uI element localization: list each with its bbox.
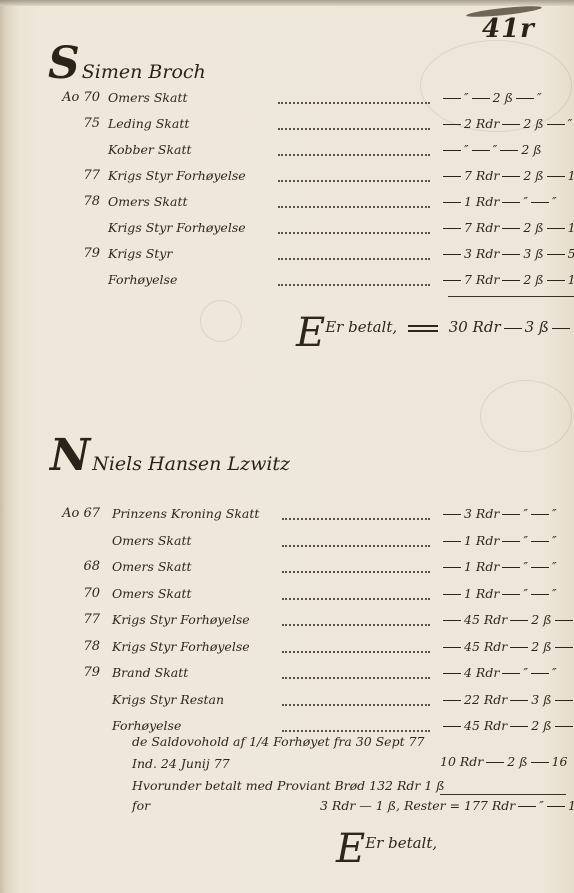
bleed-through-mark bbox=[480, 380, 572, 452]
dotted-leader bbox=[278, 180, 430, 182]
ledger-entry: Omers Skatt1 Rdr″″ bbox=[0, 533, 574, 555]
entry-amount: 3 Rdr″″ bbox=[440, 506, 557, 521]
amount-skilling: ″ bbox=[523, 533, 528, 548]
entry-description: Omers Skatt bbox=[108, 90, 188, 105]
amount-rigsdaler: ″ bbox=[464, 142, 469, 157]
ledger-entry: 77Krigs Styr Forhøyelse7 Rdr2 ß10 bbox=[0, 168, 574, 190]
amount-rigsdaler: 7 Rdr bbox=[464, 220, 499, 235]
ledger-entry: 79Brand Skatt4 Rdr″″ bbox=[0, 665, 574, 687]
entry-amount: 3 Rdr3 ß5 bbox=[440, 246, 574, 261]
entry-amount: 1 Rdr″″ bbox=[440, 586, 557, 601]
entry-amount: 22 Rdr3 ß6 bbox=[440, 692, 574, 707]
amount-skilling: ″ bbox=[523, 506, 528, 521]
amount-rigsdaler: 1 Rdr bbox=[464, 559, 499, 574]
amount-penning: 10 bbox=[568, 220, 574, 235]
amount-penning: ″ bbox=[568, 116, 573, 131]
amount-skilling: 2 ß bbox=[531, 612, 551, 627]
entry-year: 79 bbox=[56, 665, 100, 680]
entry-amount: 45 Rdr2 ß12 bbox=[440, 718, 574, 733]
entry-description: Omers Skatt bbox=[112, 533, 192, 548]
entry-description: Omers Skatt bbox=[112, 586, 192, 601]
entry-year: Ao 70 bbox=[56, 90, 100, 105]
dotted-leader bbox=[278, 154, 430, 156]
amount-penning: 5 bbox=[568, 246, 574, 261]
entry-description: Brand Skatt bbox=[112, 665, 188, 680]
entry-year: Ao 67 bbox=[56, 506, 100, 521]
dotted-leader bbox=[278, 206, 430, 208]
amount-penning: ″ bbox=[552, 665, 557, 680]
amount-penning: 2 ß bbox=[521, 142, 541, 157]
amount-rigsdaler: 45 Rdr bbox=[464, 612, 507, 627]
amount-penning: ″ bbox=[552, 506, 557, 521]
entry-amount: 1 Rdr″″ bbox=[440, 559, 557, 574]
total-line-2: EEr betalt, bbox=[336, 826, 437, 872]
entry-amount: 7 Rdr2 ß10 bbox=[440, 272, 574, 287]
entry-year: 79 bbox=[56, 246, 100, 261]
account-name-2: NNiels Hansen Lzwitz bbox=[50, 430, 290, 481]
entry-description: Omers Skatt bbox=[108, 194, 188, 209]
amount-rigsdaler: 7 Rdr bbox=[464, 168, 499, 183]
entry-amount: ″2 ß″ bbox=[440, 90, 542, 105]
sum-rule bbox=[440, 794, 566, 795]
rest-prefix: 3 Rdr — 1 ß, Rester bbox=[320, 798, 446, 813]
amount-rigsdaler: 7 Rdr bbox=[464, 272, 499, 287]
amount-rigsdaler: 1 Rdr bbox=[464, 533, 499, 548]
note-line-2: Ind. 24 Junij 77 bbox=[132, 756, 230, 771]
amount-rigsdaler: 1 Rdr bbox=[464, 194, 499, 209]
ledger-entry: Ao 70Omers Skatt″2 ß″ bbox=[0, 90, 574, 112]
rest-line: 3 Rdr — 1 ß, Rester = 177 Rdr″10 bbox=[320, 798, 574, 813]
dotted-leader bbox=[282, 518, 430, 520]
amount-rigsdaler: 3 Rdr bbox=[464, 246, 499, 261]
dotted-leader bbox=[282, 730, 430, 732]
entry-description: Krigs Styr Forhøyelse bbox=[112, 612, 250, 627]
ledger-entry: 68Omers Skatt1 Rdr″″ bbox=[0, 559, 574, 581]
ledger-entry: 78Omers Skatt1 Rdr″″ bbox=[0, 194, 574, 216]
dotted-leader bbox=[282, 704, 430, 706]
amount-penning: 10 bbox=[568, 168, 574, 183]
amount-penning: ″ bbox=[552, 559, 557, 574]
entry-amount: 4 Rdr″″ bbox=[440, 665, 557, 680]
amount-skilling: 3 ß bbox=[523, 246, 543, 261]
entry-year: 68 bbox=[56, 559, 100, 574]
amount-rigsdaler: 45 Rdr bbox=[464, 718, 507, 733]
amount-penning: 10 bbox=[568, 272, 574, 287]
entry-description: Krigs Styr Forhøyelse bbox=[108, 220, 246, 235]
ledger-entry: Forhøyelse7 Rdr2 ß10 bbox=[0, 272, 574, 294]
dotted-leader bbox=[282, 624, 430, 626]
amount-skilling: 2 ß bbox=[531, 718, 551, 733]
dotted-leader bbox=[282, 545, 430, 547]
amount-rigsdaler: 1 Rdr bbox=[464, 586, 499, 601]
sum-rule bbox=[448, 296, 574, 297]
amount-skilling: ″ bbox=[523, 194, 528, 209]
amount-skilling: ″ bbox=[493, 142, 498, 157]
amount-skilling: 3 ß bbox=[531, 692, 551, 707]
entry-description: Leding Skatt bbox=[108, 116, 189, 131]
amount-rigsdaler: ″ bbox=[464, 90, 469, 105]
note-sk: 2 ß bbox=[507, 754, 527, 769]
dotted-leader bbox=[278, 128, 430, 130]
amount-rigsdaler: 45 Rdr bbox=[464, 639, 507, 654]
amount-penning: ″ bbox=[552, 194, 557, 209]
dotted-leader bbox=[278, 258, 430, 260]
rest-rd: 177 Rdr bbox=[464, 798, 515, 813]
entry-amount: 45 Rdr2 ß12 bbox=[440, 612, 574, 627]
rest-sk: ″ bbox=[539, 798, 544, 813]
dotted-leader bbox=[278, 284, 430, 286]
account-name-text: Simen Broch bbox=[82, 61, 206, 83]
page-top-shadow bbox=[0, 0, 574, 6]
entry-description: Omers Skatt bbox=[112, 559, 192, 574]
amount-skilling: ″ bbox=[523, 665, 528, 680]
entry-year: 77 bbox=[56, 168, 100, 183]
total-rd: 30 Rdr bbox=[449, 318, 501, 336]
amount-rigsdaler: 2 Rdr bbox=[464, 116, 499, 131]
bleed-through-mark bbox=[200, 300, 242, 342]
dotted-leader bbox=[282, 598, 430, 600]
note-rd: 10 Rdr bbox=[440, 754, 483, 769]
amount-skilling: 2 ß bbox=[523, 116, 543, 131]
amount-penning: ″ bbox=[552, 533, 557, 548]
entry-amount: 45 Rdr2 ß12 bbox=[440, 639, 574, 654]
note-line-3: Hvorunder betalt med Proviant Brød 132 R… bbox=[132, 778, 445, 793]
double-rule bbox=[408, 325, 438, 332]
dotted-leader bbox=[282, 651, 430, 653]
ledger-entry: 79Krigs Styr3 Rdr3 ß5 bbox=[0, 246, 574, 268]
amount-rigsdaler: 4 Rdr bbox=[464, 665, 499, 680]
ledger-entry: 70Omers Skatt1 Rdr″″ bbox=[0, 586, 574, 608]
entry-amount: 2 Rdr2 ß″ bbox=[440, 116, 572, 131]
ledger-entry: Krigs Styr Forhøyelse7 Rdr2 ß10 bbox=[0, 220, 574, 242]
decorative-initial: E bbox=[336, 826, 365, 872]
entry-description: Forhøyelse bbox=[108, 272, 177, 287]
amount-penning: ″ bbox=[537, 90, 542, 105]
account-name-1: SSimen Broch bbox=[48, 38, 206, 89]
ledger-entry: Krigs Styr Restan22 Rdr3 ß6 bbox=[0, 692, 574, 714]
entry-amount: 1 Rdr″″ bbox=[440, 533, 557, 548]
entry-description: Krigs Styr bbox=[108, 246, 172, 261]
dotted-leader bbox=[282, 571, 430, 573]
rest-ss: 10 bbox=[568, 798, 574, 813]
ledger-page: 41r SSimen Broch Ao 70Omers Skatt″2 ß″75… bbox=[0, 0, 574, 893]
amount-skilling: 2 ß bbox=[531, 639, 551, 654]
entry-amount: 7 Rdr2 ß10 bbox=[440, 220, 574, 235]
total-label: Er betalt, bbox=[365, 834, 437, 852]
total-label: Er betalt, bbox=[325, 318, 397, 336]
entry-description: Forhøyelse bbox=[112, 718, 181, 733]
entry-description: Krigs Styr Restan bbox=[112, 692, 224, 707]
amount-rigsdaler: 3 Rdr bbox=[464, 506, 499, 521]
amount-rigsdaler: 22 Rdr bbox=[464, 692, 507, 707]
total-line-1: EEr betalt, 30 Rdr3 ß7 bbox=[296, 310, 574, 356]
ledger-entry: 77Krigs Styr Forhøyelse45 Rdr2 ß12 bbox=[0, 612, 574, 634]
ledger-entry: 75Leding Skatt2 Rdr2 ß″ bbox=[0, 116, 574, 138]
ledger-entry: Kobber Skatt″″2 ß bbox=[0, 142, 574, 164]
note-line-1: de Saldovohold af 1/4 Forhøyet fra 30 Se… bbox=[132, 734, 425, 749]
amount-skilling: 2 ß bbox=[523, 220, 543, 235]
entry-year: 78 bbox=[56, 194, 100, 209]
account-name-text: Niels Hansen Lzwitz bbox=[92, 453, 290, 475]
entry-description: Krigs Styr Forhøyelse bbox=[112, 639, 250, 654]
decorative-initial: E bbox=[296, 310, 325, 356]
ledger-entry: 78Krigs Styr Forhøyelse45 Rdr2 ß12 bbox=[0, 639, 574, 661]
amount-skilling: 2 ß bbox=[523, 168, 543, 183]
note-ss: 16 bbox=[552, 754, 568, 769]
amount-skilling: 2 ß bbox=[523, 272, 543, 287]
dotted-leader bbox=[282, 677, 430, 679]
entry-description: Krigs Styr Forhøyelse bbox=[108, 168, 246, 183]
entry-amount: 7 Rdr2 ß10 bbox=[440, 168, 574, 183]
decorative-initial: S bbox=[48, 38, 80, 89]
entry-description: Kobber Skatt bbox=[108, 142, 192, 157]
ledger-entry: Ao 67Prinzens Kroning Skatt3 Rdr″″ bbox=[0, 506, 574, 528]
entry-year: 77 bbox=[56, 612, 100, 627]
entry-year: 70 bbox=[56, 586, 100, 601]
note-line-4: for bbox=[132, 798, 150, 813]
entry-amount: ″″2 ß bbox=[440, 142, 542, 157]
note-amount: 10 Rdr2 ß16 bbox=[440, 754, 567, 769]
dotted-leader bbox=[278, 232, 430, 234]
entry-description: Prinzens Kroning Skatt bbox=[112, 506, 259, 521]
amount-skilling: 2 ß bbox=[493, 90, 513, 105]
total-sk: 3 ß bbox=[525, 318, 549, 336]
entry-amount: 1 Rdr″″ bbox=[440, 194, 557, 209]
amount-skilling: ″ bbox=[523, 559, 528, 574]
amount-penning: ″ bbox=[552, 586, 557, 601]
amount-skilling: ″ bbox=[523, 586, 528, 601]
dotted-leader bbox=[278, 102, 430, 104]
entry-year: 75 bbox=[56, 116, 100, 131]
entry-year: 78 bbox=[56, 639, 100, 654]
decorative-initial: N bbox=[50, 430, 90, 481]
